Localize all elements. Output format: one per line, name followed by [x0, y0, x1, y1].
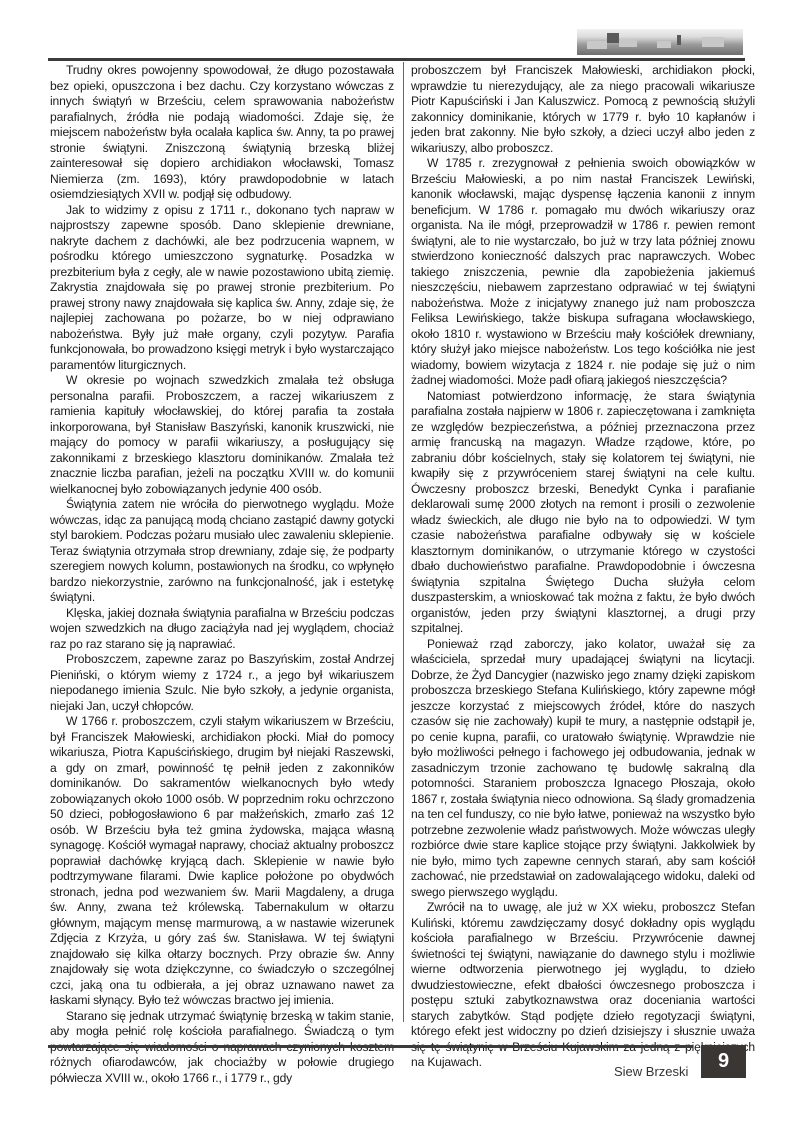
publication-name: Siew Brzeski: [614, 1064, 688, 1079]
paragraph: W okresie po wojnach szwedzkich zmalała …: [50, 373, 394, 497]
page-number: 9: [701, 1045, 746, 1078]
paragraph: proboszczem był Franciszek Małowieski, a…: [411, 63, 755, 156]
paragraph: W 1785 r. zrezygnował z pełnienia swoich…: [411, 156, 755, 389]
bottom-rule: [48, 1045, 693, 1048]
right-column: proboszczem był Franciszek Małowieski, a…: [411, 63, 755, 1071]
left-column: Trudny okres powojenny spowodował, że dł…: [50, 63, 394, 1086]
paragraph: Ponieważ rząd zaborczy, jako kolator, uw…: [411, 637, 755, 901]
paragraph: Jak to widzimy z opisu z 1711 r., dokona…: [50, 203, 394, 374]
paragraph: W 1766 r. proboszczem, czyli stałym wika…: [50, 714, 394, 1009]
paragraph: Natomiast potwierdzono informację, że st…: [411, 389, 755, 637]
paragraph: Klęska, jakiej doznała świątynia parafia…: [50, 606, 394, 653]
paragraph: Proboszczem, zapewne zaraz po Baszyńskim…: [50, 652, 394, 714]
paragraph: Trudny okres powojenny spowodował, że dł…: [50, 63, 394, 203]
header-photo: [577, 29, 743, 55]
top-rule: [48, 58, 745, 61]
column-divider: [403, 62, 404, 1022]
paragraph: Świątynia zatem nie wróciła do pierwotne…: [50, 497, 394, 606]
